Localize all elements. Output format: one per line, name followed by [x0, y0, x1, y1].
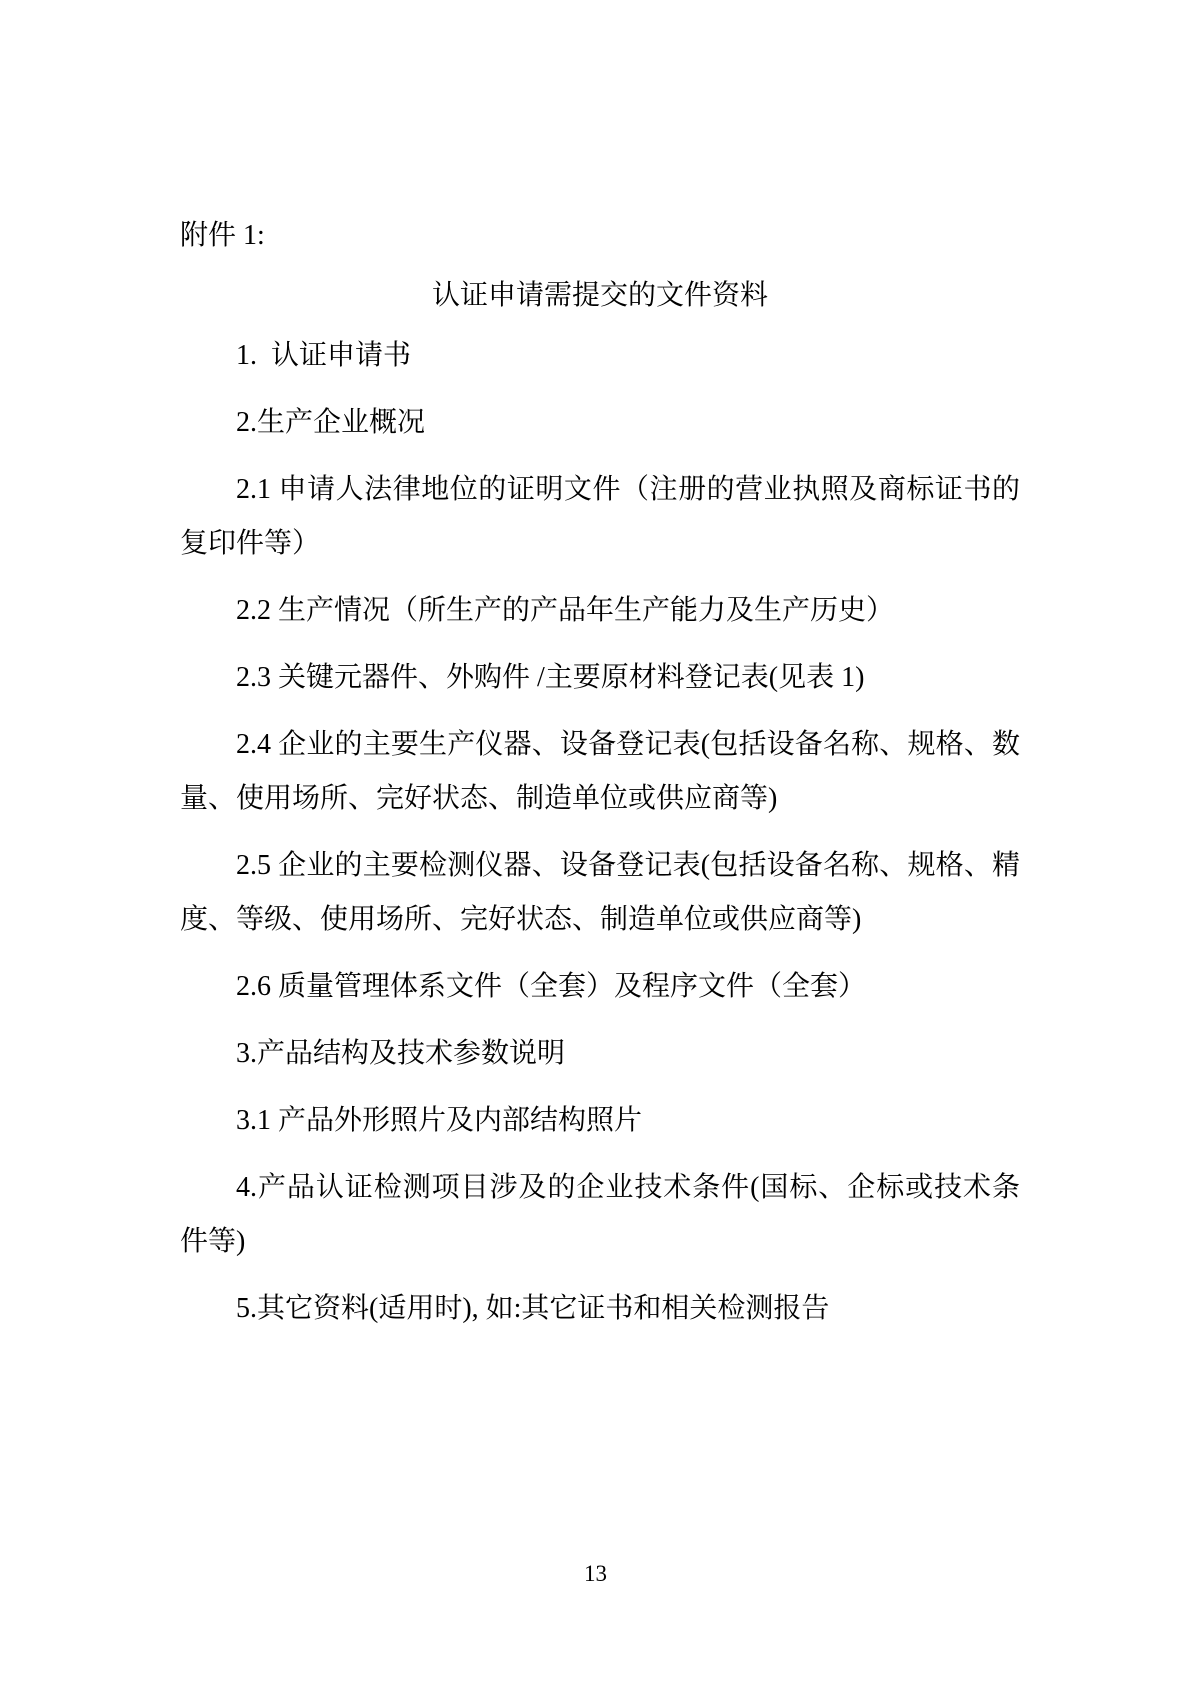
list-item-3: 3.产品结构及技术参数说明	[180, 1027, 1020, 1081]
list-item-3-1: 3.1 产品外形照片及内部结构照片	[180, 1094, 1020, 1148]
list-item-2-4: 2.4 企业的主要生产仪器、设备登记表(包括设备名称、规格、数量、使用场所、完好…	[180, 718, 1020, 826]
list-item-2: 2.生产企业概况	[180, 396, 1020, 450]
document-body: 附件 1: 认证申请需提交的文件资料 1. 认证申请书 2.生产企业概况 2.1…	[180, 209, 1020, 1349]
document-page: 附件 1: 认证申请需提交的文件资料 1. 认证申请书 2.生产企业概况 2.1…	[0, 0, 1191, 1684]
list-item-4: 4.产品认证检测项目涉及的企业技术条件(国标、企标或技术条件等)	[180, 1161, 1020, 1269]
page-footer: 13	[0, 1560, 1191, 1588]
list-item-2-1: 2.1 申请人法律地位的证明文件（注册的营业执照及商标证书的复印件等）	[180, 463, 1020, 571]
list-item-5: 5.其它资料(适用时), 如:其它证书和相关检测报告	[180, 1282, 1020, 1336]
list-item-2-3: 2.3 关键元器件、外购件 /主要原材料登记表(见表 1)	[180, 651, 1020, 705]
page-number: 13	[584, 1561, 607, 1586]
list-item-1: 1. 认证申请书	[180, 329, 1020, 383]
list-item-2-2: 2.2 生产情况（所生产的产品年生产能力及生产历史）	[180, 584, 1020, 638]
attachment-label: 附件 1:	[180, 209, 1020, 263]
list-item-2-5: 2.5 企业的主要检测仪器、设备登记表(包括设备名称、规格、精度、等级、使用场所…	[180, 839, 1020, 947]
document-title: 认证申请需提交的文件资料	[180, 269, 1020, 323]
list-item-2-6: 2.6 质量管理体系文件（全套）及程序文件（全套）	[180, 960, 1020, 1014]
